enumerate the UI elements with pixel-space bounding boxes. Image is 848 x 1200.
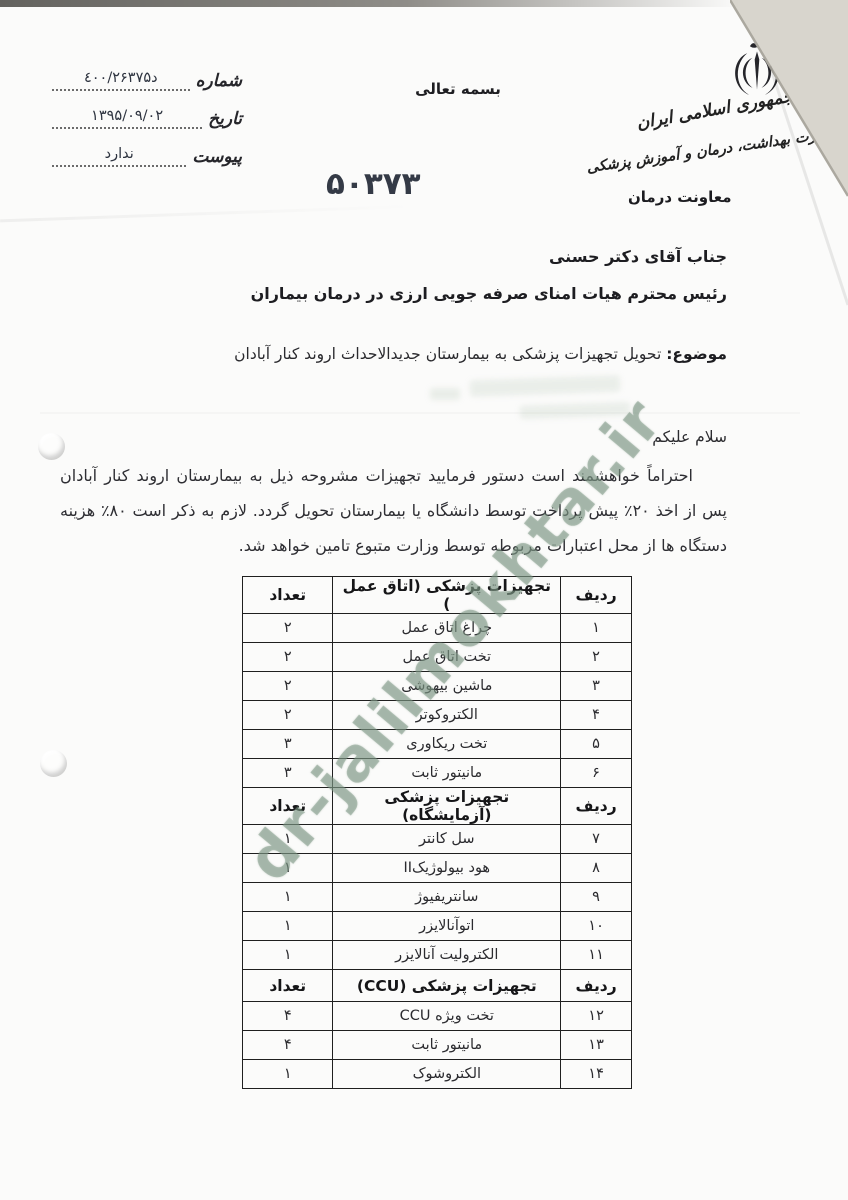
cell: ۱ bbox=[243, 912, 333, 941]
cell: ۲ bbox=[243, 701, 333, 730]
cell: تخت ویژه CCU bbox=[333, 1002, 561, 1031]
punch-hole bbox=[40, 750, 67, 777]
cell: ۴ bbox=[243, 1002, 333, 1031]
cell: ۱ bbox=[561, 614, 632, 643]
equipment-table-body: ردیفتجهیزات پزشکی (اتاق عمل )تعداد۱چراغ … bbox=[243, 577, 632, 1089]
attachment-label: پیوست bbox=[192, 147, 242, 167]
cell: ۴ bbox=[243, 1031, 333, 1060]
number-label: شماره bbox=[196, 71, 242, 91]
salutation: سلام علیکم bbox=[652, 428, 727, 446]
date-label: تاریخ bbox=[208, 109, 242, 129]
cell: ۳ bbox=[243, 730, 333, 759]
header-cell: تجهیزات پزشکی (CCU) bbox=[333, 970, 561, 1002]
cell: ۱ bbox=[243, 1060, 333, 1089]
header-cell: ردیف bbox=[561, 788, 632, 825]
subject-text: تحویل تجهیزات پزشکی به بیمارستان جدیدالا… bbox=[234, 345, 661, 363]
handwritten-ref-number: ۵۰۳۷۳ bbox=[326, 166, 421, 202]
ink-bleed-ghost bbox=[470, 375, 620, 396]
number-value: د٤٠٠/۲۶۳۷۵ bbox=[52, 70, 190, 91]
paper-crease bbox=[0, 205, 420, 223]
body-paragraph: احتراماً خواهشمند است دستور فرمایید تجهی… bbox=[60, 458, 727, 563]
cell: تخت ریکاوری bbox=[333, 730, 561, 759]
cell: سل کانتر bbox=[333, 825, 561, 854]
table-row: ۱۴الکتروشوک۱ bbox=[243, 1060, 632, 1089]
cell: الکتروکوتر bbox=[333, 701, 561, 730]
recipient-block: جناب آقای دکتر حسنی رئیس محترم هیات امنا… bbox=[251, 238, 727, 312]
letterhead-fields: شماره د٤٠٠/۲۶۳۷۵ تاریخ ۱۳۹۵/۰۹/۰۲ پیوست … bbox=[52, 70, 242, 184]
cell: مانیتور ثابت bbox=[333, 759, 561, 788]
cell: ۵ bbox=[561, 730, 632, 759]
folded-corner bbox=[730, 0, 848, 340]
subject-line: موضوع: تحویل تجهیزات پزشکی به بیمارستان … bbox=[234, 345, 727, 363]
table-section-header: ردیفتجهیزات پزشکی (آزمایشگاه)تعداد bbox=[243, 788, 632, 825]
cell: ۱۲ bbox=[561, 1002, 632, 1031]
table-row: ۹سانتریفیوژ۱ bbox=[243, 883, 632, 912]
cell: ۱۳ bbox=[561, 1031, 632, 1060]
cell: ۲ bbox=[243, 614, 333, 643]
header-cell: تجهیزات پزشکی (آزمایشگاه) bbox=[333, 788, 561, 825]
cell: ۲ bbox=[243, 672, 333, 701]
table-row: ۷سل کانتر۱ bbox=[243, 825, 632, 854]
cell: ۷ bbox=[561, 825, 632, 854]
table-row: ۱چراغ اتاق عمل۲ bbox=[243, 614, 632, 643]
table-row: ۱۰اتوآنالایزر۱ bbox=[243, 912, 632, 941]
cell: ۶ bbox=[561, 759, 632, 788]
cell: ماشین بیهوشی bbox=[333, 672, 561, 701]
cell: الکتروشوک bbox=[333, 1060, 561, 1089]
table-row: ۱۲تخت ویژه CCU۴ bbox=[243, 1002, 632, 1031]
table-row: ۲تخت اتاق عمل۲ bbox=[243, 643, 632, 672]
ink-bleed-ghost bbox=[430, 388, 460, 400]
table-row: ۸هود بیولوژیکII۱ bbox=[243, 854, 632, 883]
scanned-letter-page: شماره د٤٠٠/۲۶۳۷۵ تاریخ ۱۳۹۵/۰۹/۰۲ پیوست … bbox=[0, 0, 848, 1200]
cell: ۱ bbox=[243, 854, 333, 883]
deputy-title: معاونت درمان bbox=[628, 188, 732, 206]
table-row: ۶مانیتور ثابت۳ bbox=[243, 759, 632, 788]
cell: ۱۱ bbox=[561, 941, 632, 970]
cell: ۳ bbox=[561, 672, 632, 701]
header-cell: تعداد bbox=[243, 577, 333, 614]
cell: تخت اتاق عمل bbox=[333, 643, 561, 672]
attachment-field: پیوست ندارد bbox=[52, 146, 242, 167]
cell: ۲ bbox=[561, 643, 632, 672]
table-row: ۱۳مانیتور ثابت۴ bbox=[243, 1031, 632, 1060]
header-cell: تعداد bbox=[243, 788, 333, 825]
recipient-name: جناب آقای دکتر حسنی bbox=[251, 238, 727, 275]
cell: ۱ bbox=[243, 825, 333, 854]
subject-label: موضوع: bbox=[666, 345, 727, 363]
cell: سانتریفیوژ bbox=[333, 883, 561, 912]
cell: ۲ bbox=[243, 643, 333, 672]
cell: ۱ bbox=[243, 941, 333, 970]
header-cell: ردیف bbox=[561, 970, 632, 1002]
table-row: ۵تخت ریکاوری۳ bbox=[243, 730, 632, 759]
table-section-header: ردیفتجهیزات پزشکی (CCU)تعداد bbox=[243, 970, 632, 1002]
cell: اتوآنالایزر bbox=[333, 912, 561, 941]
cell: مانیتور ثابت bbox=[333, 1031, 561, 1060]
date-value: ۱۳۹۵/۰۹/۰۲ bbox=[52, 108, 202, 129]
table-row: ۳ماشین بیهوشی۲ bbox=[243, 672, 632, 701]
ink-bleed-ghost bbox=[520, 402, 630, 419]
cell: الکترولیت آنالایزر bbox=[333, 941, 561, 970]
cell: ۹ bbox=[561, 883, 632, 912]
date-field: تاریخ ۱۳۹۵/۰۹/۰۲ bbox=[52, 108, 242, 129]
cell: ۱۰ bbox=[561, 912, 632, 941]
table-row: ۱۱الکترولیت آنالایزر۱ bbox=[243, 941, 632, 970]
cell: ۳ bbox=[243, 759, 333, 788]
punch-hole bbox=[38, 433, 65, 460]
cell: ۱ bbox=[243, 883, 333, 912]
cell: ۸ bbox=[561, 854, 632, 883]
table-row: ۴الکتروکوتر۲ bbox=[243, 701, 632, 730]
cell: هود بیولوژیکII bbox=[333, 854, 561, 883]
scan-edge-strip bbox=[0, 0, 740, 7]
number-field: شماره د٤٠٠/۲۶۳۷۵ bbox=[52, 70, 242, 91]
attachment-value: ندارد bbox=[52, 146, 186, 167]
header-cell: ردیف bbox=[561, 577, 632, 614]
cell: چراغ اتاق عمل bbox=[333, 614, 561, 643]
cell: ۱۴ bbox=[561, 1060, 632, 1089]
paper-crease bbox=[40, 412, 800, 414]
header-cell: تعداد bbox=[243, 970, 333, 1002]
equipment-table: ردیفتجهیزات پزشکی (اتاق عمل )تعداد۱چراغ … bbox=[242, 576, 632, 1089]
recipient-title: رئیس محترم هیات امنای صرفه جویی ارزی در … bbox=[251, 275, 727, 312]
header-cell: تجهیزات پزشکی (اتاق عمل ) bbox=[333, 577, 561, 614]
cell: ۴ bbox=[561, 701, 632, 730]
besmeleh-text: بسمه تعالی bbox=[398, 80, 518, 98]
table-section-header: ردیفتجهیزات پزشکی (اتاق عمل )تعداد bbox=[243, 577, 632, 614]
